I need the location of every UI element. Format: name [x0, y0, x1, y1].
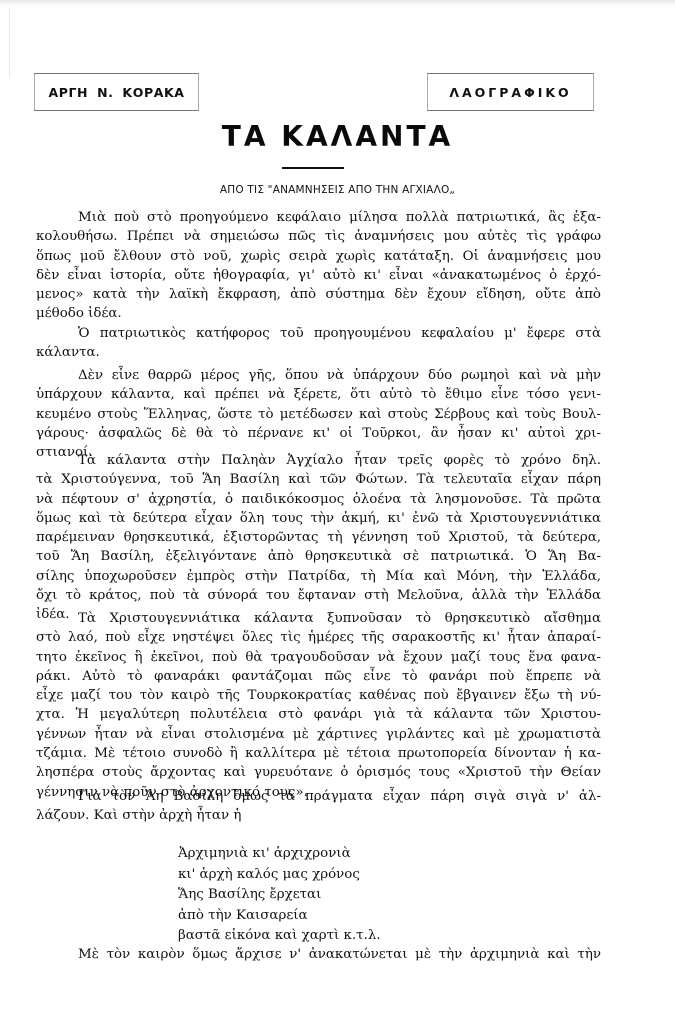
text-line: γάρους· ἀσφαλῶς δὲ θὰ τὸ πέρνανε κι' οἱ … — [36, 424, 601, 443]
text-line: Τὰ Χριστουγεννιάτικα κάλαντα ξυπνοῦσαν τ… — [36, 609, 601, 628]
article-subtitle: ΑΠΟ ΤΙΣ "ΑΝΑΜΝΗΣΕΙΣ ΑΠΟ ΤΗΝ ΑΓΧΙΑΛΟ„ — [0, 184, 675, 196]
text-line: κάλαντα. — [36, 343, 601, 362]
text-line: μέθοδο ἰδέα. — [36, 304, 601, 323]
text-line: νὰ πέφτουν σ' ἀχρηστία, ὁ παιδικόκοσμος … — [36, 490, 601, 509]
text-line: κευμένο στοὺς Ἕλληνας, ὥστε τὸ μετέδωσεν… — [36, 405, 601, 424]
paragraph: Τὰ κάλαντα στὴν Παληὰν Ἀγχίαλο ἦταν τρεῖ… — [36, 451, 601, 625]
title-divider — [282, 167, 344, 169]
paragraph: Τὰ Χριστουγεννιάτικα κάλαντα ξυπνοῦσαν τ… — [36, 609, 601, 802]
text-line: παρέμειναν θρησκευτικά, ἐξιστορῶντας τὴ … — [36, 528, 601, 547]
section-box: ΛΑΟΓΡΑΦΙΚΟ — [427, 73, 594, 111]
author-name: ΑΡΓΗ Ν. ΚΟΡΑΚΑ — [48, 85, 184, 100]
text-line: ράκι. Αὐτὸ τὸ φαναράκι φαντάζομαι πῶς εἶ… — [36, 667, 601, 686]
verse-block: Ἀρχιμηνιὰ κι' ἀρχιχρονιὰ κι' ἀρχὴ καλός … — [178, 844, 381, 947]
paragraph: Γιὰ τὸν Ἅη Βασίλη ὅμως τὰ πράγματα εἶχαν… — [36, 787, 601, 826]
verse-line: κι' ἀρχὴ καλός μας χρόνος — [178, 865, 381, 886]
text-line: Μὲ τὸν καιρὸν ὅμως ἄρχισε ν' ἀνακατώνετα… — [36, 945, 601, 964]
section-label: ΛΑΟΓΡΑΦΙΚΟ — [449, 85, 571, 100]
scan-edge — [9, 8, 10, 78]
paragraph: Μὲ τὸν καιρὸν ὅμως ἄρχισε ν' ἀνακατώνετα… — [36, 945, 601, 964]
text-line: γέννων ἦταν νὰ εἶναι στολισμένα μὲ χάρτι… — [36, 725, 601, 744]
paragraph: Δὲν εἶνε θαρρῶ μέρος γῆς, ὅπου νὰ ὑπάρχο… — [36, 366, 601, 462]
verse-line: βαστᾶ εἰκόνα καὶ χαρτὶ κ.τ.λ. — [178, 926, 381, 947]
text-line: ὅπως μοῦ ἔλθουν στὸ νοῦ, χωρὶς σειρὰ χωρ… — [36, 247, 601, 266]
text-line: τζάμια. Μὲ τέτοιο συνοδὸ ἢ καλλίτερα μὲ … — [36, 744, 601, 763]
text-line: Γιὰ τὸν Ἅη Βασίλη ὅμως τὰ πράγματα εἶχαν… — [36, 787, 601, 806]
text-line: χτα. Ἡ μεγαλύτερη πολυτέλεια στὸ φανάρι … — [36, 705, 601, 724]
text-line: ὑπάρχουν κάλαντα, καὶ πρέπει νὰ ξέρετε, … — [36, 385, 601, 404]
text-line: Τὰ κάλαντα στὴν Παληὰν Ἀγχίαλο ἦταν τρεῖ… — [36, 451, 601, 470]
text-line: δὲν εἶναι ἱστορία, οὔτε ἠθογραφία, γι' α… — [36, 266, 601, 285]
verse-line: ἀπὸ τὴν Καισαρεία — [178, 906, 381, 927]
text-line: στὸ λαό, ποὺ εἶχε νηστέψει ὅλες τὶς ἡμέρ… — [36, 628, 601, 647]
text-line: λησπέρα στοὺς ἄρχοντας καὶ γυρευότανε ὁ … — [36, 763, 601, 782]
verse-line: Ἅης Βασίλης ἔρχεται — [178, 885, 381, 906]
scan-edge — [0, 0, 675, 6]
text-line: μενος» κατὰ τὴν λαϊκὴ ἔκφραση, ἀπὸ σύστη… — [36, 285, 601, 304]
author-box: ΑΡΓΗ Ν. ΚΟΡΑΚΑ — [34, 73, 199, 111]
text-line: τὰ Χριστούγεννα, τοῦ Ἅη Βασίλη καὶ τῶν Φ… — [36, 470, 601, 489]
text-line: ὄχι τὸ κράτος, ποὺ τὰ σύνορά του ἔφταναν… — [36, 586, 601, 605]
text-line: τητο ἐκεῖνος ἢ ἐκεῖνοι, ποὺ θὰ τραγουδοῦ… — [36, 648, 601, 667]
text-line: λάζουν. Καὶ στὴν ἀρχὴ ἦταν ἡ — [36, 806, 601, 825]
article-title: ΤΑ ΚΑΛΑΝΤΑ — [0, 120, 675, 153]
text-line: σίλης ὑποχωροῦσεν ἐμπρὸς στὴν Πατρίδα, τ… — [36, 567, 601, 586]
text-line: τοῦ Ἅη Βασίλη, ἐξελιγόντανε ἀπὸ θρησκευτ… — [36, 547, 601, 566]
paragraph: Μιὰ ποὺ στὸ προηγούμενο κεφάλαιο μίλησα … — [36, 208, 601, 324]
text-line: Ὁ πατριωτικὸς κατήφορος τοῦ προηγουμένου… — [36, 324, 601, 343]
text-line: ὅμως καὶ τὰ δεύτερα εἶχαν ὅλη τους τὴν ἀ… — [36, 509, 601, 528]
text-line: εἶχε μαζί του τὸν καιρὸ τῆς Τουρκοκρατία… — [36, 686, 601, 705]
text-line: Μιὰ ποὺ στὸ προηγούμενο κεφάλαιο μίλησα … — [36, 208, 601, 227]
text-line: Δὲν εἶνε θαρρῶ μέρος γῆς, ὅπου νὰ ὑπάρχο… — [36, 366, 601, 385]
text-line: κολουθήσω. Πρέπει νὰ σημειώσω πῶς τὶς ἀν… — [36, 227, 601, 246]
paragraph: Ὁ πατριωτικὸς κατήφορος τοῦ προηγουμένου… — [36, 324, 601, 363]
verse-line: Ἀρχιμηνιὰ κι' ἀρχιχρονιὰ — [178, 844, 381, 865]
